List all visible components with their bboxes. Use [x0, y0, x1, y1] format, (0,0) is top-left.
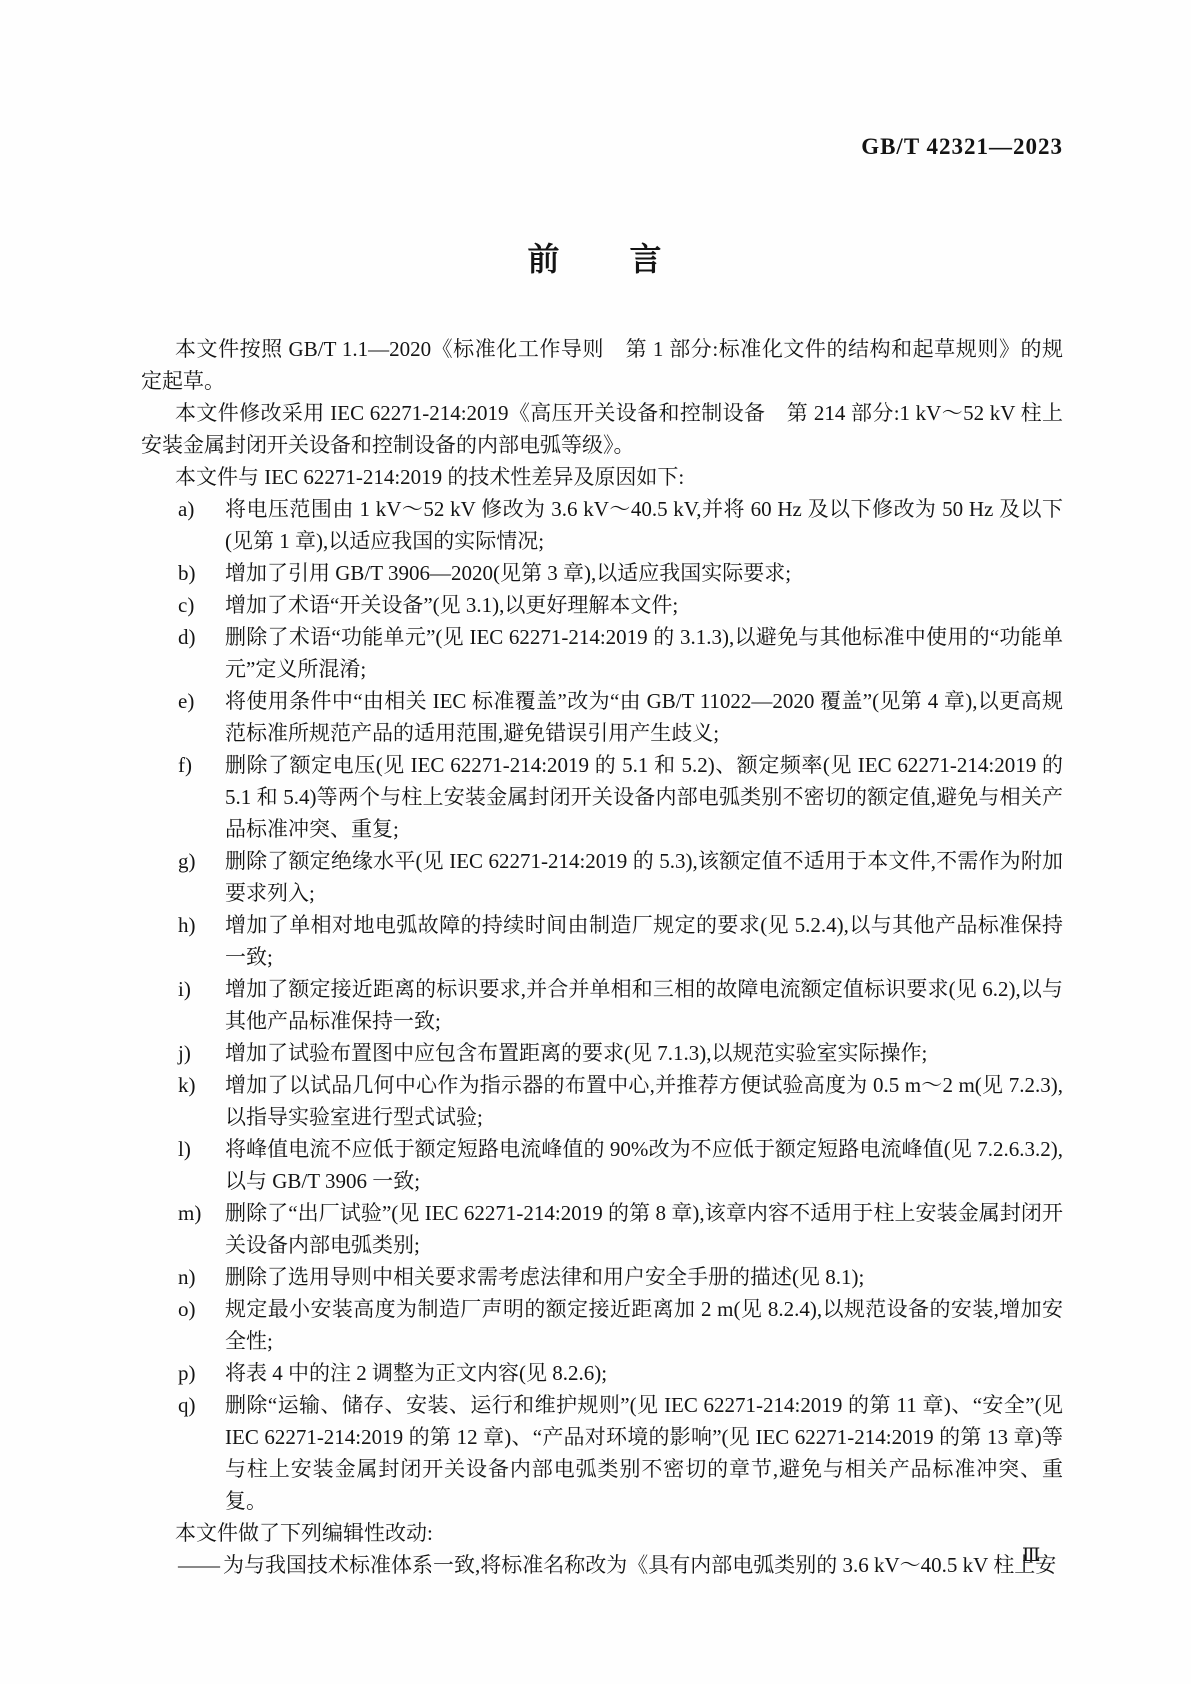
- difference-item: n) 删除了选用导则中相关要求需考虑法律和用户安全手册的描述(见 8.1);: [141, 1261, 1063, 1293]
- difference-item: k) 增加了以试品几何中心作为指示器的布置中心,并推荐方便试验高度为 0.5 m…: [141, 1069, 1063, 1133]
- editorial-change-list: —— 为与我国技术标准体系一致,将标准名称改为《具有内部电弧类别的 3.6 kV…: [141, 1549, 1063, 1581]
- difference-item-label: n): [178, 1261, 225, 1293]
- difference-item: c) 增加了术语“开关设备”(见 3.1),以更好理解本文件;: [141, 589, 1063, 621]
- difference-item-text: 增加了术语“开关设备”(见 3.1),以更好理解本文件;: [225, 589, 1063, 621]
- difference-item-label: p): [178, 1357, 225, 1389]
- foreword-paragraph: 本文件修改采用 IEC 62271-214:2019《高压开关设备和控制设备 第…: [141, 397, 1063, 461]
- difference-item-text: 增加了以试品几何中心作为指示器的布置中心,并推荐方便试验高度为 0.5 m～2 …: [225, 1069, 1063, 1133]
- difference-item-text: 将峰值电流不应低于额定短路电流峰值的 90%改为不应低于额定短路电流峰值(见 7…: [225, 1133, 1063, 1197]
- difference-item-text: 删除了额定绝缘水平(见 IEC 62271-214:2019 的 5.3),该额…: [225, 845, 1063, 909]
- editorial-dash: ——: [178, 1549, 223, 1581]
- difference-item: p) 将表 4 中的注 2 调整为正文内容(见 8.2.6);: [141, 1357, 1063, 1389]
- difference-item-text: 删除了选用导则中相关要求需考虑法律和用户安全手册的描述(见 8.1);: [225, 1261, 1063, 1293]
- difference-item-label: i): [178, 973, 225, 1037]
- difference-item-label: d): [178, 621, 225, 685]
- difference-item: g) 删除了额定绝缘水平(见 IEC 62271-214:2019 的 5.3)…: [141, 845, 1063, 909]
- editorial-note: 本文件做了下列编辑性改动:: [141, 1517, 1063, 1549]
- difference-item-label: h): [178, 909, 225, 973]
- editorial-change-text: 为与我国技术标准体系一致,将标准名称改为《具有内部电弧类别的 3.6 kV～40…: [223, 1549, 1063, 1581]
- difference-item-text: 增加了引用 GB/T 3906—2020(见第 3 章),以适应我国实际要求;: [225, 557, 1063, 589]
- difference-item-text: 删除了额定电压(见 IEC 62271-214:2019 的 5.1 和 5.2…: [225, 749, 1063, 845]
- difference-item: h) 增加了单相对地电弧故障的持续时间由制造厂规定的要求(见 5.2.4),以与…: [141, 909, 1063, 973]
- difference-item-text: 将电压范围由 1 kV～52 kV 修改为 3.6 kV～40.5 kV,并将 …: [225, 493, 1063, 557]
- difference-item-text: 删除“运输、储存、安装、运行和维护规则”(见 IEC 62271-214:201…: [225, 1389, 1063, 1517]
- difference-item: i) 增加了额定接近距离的标识要求,并合并单相和三相的故障电流额定值标识要求(见…: [141, 973, 1063, 1037]
- difference-item-text: 规定最小安装高度为制造厂声明的额定接近距离加 2 m(见 8.2.4),以规范设…: [225, 1293, 1063, 1357]
- difference-item-label: o): [178, 1293, 225, 1357]
- difference-item: d) 删除了术语“功能单元”(见 IEC 62271-214:2019 的 3.…: [141, 621, 1063, 685]
- foreword-body: 本文件按照 GB/T 1.1—2020《标准化工作导则 第 1 部分:标准化文件…: [141, 333, 1063, 1581]
- difference-item-label: c): [178, 589, 225, 621]
- standard-number: GB/T 42321—2023: [861, 134, 1063, 160]
- difference-item: l) 将峰值电流不应低于额定短路电流峰值的 90%改为不应低于额定短路电流峰值(…: [141, 1133, 1063, 1197]
- difference-item-label: f): [178, 749, 225, 845]
- difference-item-label: e): [178, 685, 225, 749]
- difference-item-label: l): [178, 1133, 225, 1197]
- difference-item-text: 将表 4 中的注 2 调整为正文内容(见 8.2.6);: [225, 1357, 1063, 1389]
- difference-item: m) 删除了“出厂试验”(见 IEC 62271-214:2019 的第 8 章…: [141, 1197, 1063, 1261]
- difference-item-label: m): [178, 1197, 225, 1261]
- difference-item-text: 增加了额定接近距离的标识要求,并合并单相和三相的故障电流额定值标识要求(见 6.…: [225, 973, 1063, 1037]
- difference-item-label: k): [178, 1069, 225, 1133]
- difference-item-text: 增加了试验布置图中应包含布置距离的要求(见 7.1.3),以规范实验室实际操作;: [225, 1037, 1063, 1069]
- difference-item-text: 增加了单相对地电弧故障的持续时间由制造厂规定的要求(见 5.2.4),以与其他产…: [225, 909, 1063, 973]
- difference-item: j) 增加了试验布置图中应包含布置距离的要求(见 7.1.3),以规范实验室实际…: [141, 1037, 1063, 1069]
- difference-item: f) 删除了额定电压(见 IEC 62271-214:2019 的 5.1 和 …: [141, 749, 1063, 845]
- foreword-paragraph: 本文件与 IEC 62271-214:2019 的技术性差异及原因如下:: [141, 461, 1063, 493]
- difference-item-label: a): [178, 493, 225, 557]
- difference-item: e) 将使用条件中“由相关 IEC 标准覆盖”改为“由 GB/T 11022—2…: [141, 685, 1063, 749]
- intro-paragraphs: 本文件按照 GB/T 1.1—2020《标准化工作导则 第 1 部分:标准化文件…: [141, 333, 1063, 493]
- foreword-paragraph: 本文件按照 GB/T 1.1—2020《标准化工作导则 第 1 部分:标准化文件…: [141, 333, 1063, 397]
- difference-item-text: 删除了术语“功能单元”(见 IEC 62271-214:2019 的 3.1.3…: [225, 621, 1063, 685]
- difference-item-text: 删除了“出厂试验”(见 IEC 62271-214:2019 的第 8 章),该…: [225, 1197, 1063, 1261]
- difference-item: q) 删除“运输、储存、安装、运行和维护规则”(见 IEC 62271-214:…: [141, 1389, 1063, 1517]
- difference-item: a) 将电压范围由 1 kV～52 kV 修改为 3.6 kV～40.5 kV,…: [141, 493, 1063, 557]
- document-page: GB/T 42321—2023 前 言 本文件按照 GB/T 1.1—2020《…: [0, 0, 1191, 1684]
- difference-item: b) 增加了引用 GB/T 3906—2020(见第 3 章),以适应我国实际要…: [141, 557, 1063, 589]
- editorial-change-item: —— 为与我国技术标准体系一致,将标准名称改为《具有内部电弧类别的 3.6 kV…: [141, 1549, 1063, 1581]
- difference-item: o) 规定最小安装高度为制造厂声明的额定接近距离加 2 m(见 8.2.4),以…: [141, 1293, 1063, 1357]
- difference-item-label: q): [178, 1389, 225, 1517]
- page-number: Ⅲ: [1022, 1544, 1040, 1567]
- difference-item-label: g): [178, 845, 225, 909]
- difference-item-label: b): [178, 557, 225, 589]
- difference-item-text: 将使用条件中“由相关 IEC 标准覆盖”改为“由 GB/T 11022—2020…: [225, 685, 1063, 749]
- difference-item-label: j): [178, 1037, 225, 1069]
- difference-list: a) 将电压范围由 1 kV～52 kV 修改为 3.6 kV～40.5 kV,…: [141, 493, 1063, 1517]
- page-title: 前 言: [0, 234, 1191, 280]
